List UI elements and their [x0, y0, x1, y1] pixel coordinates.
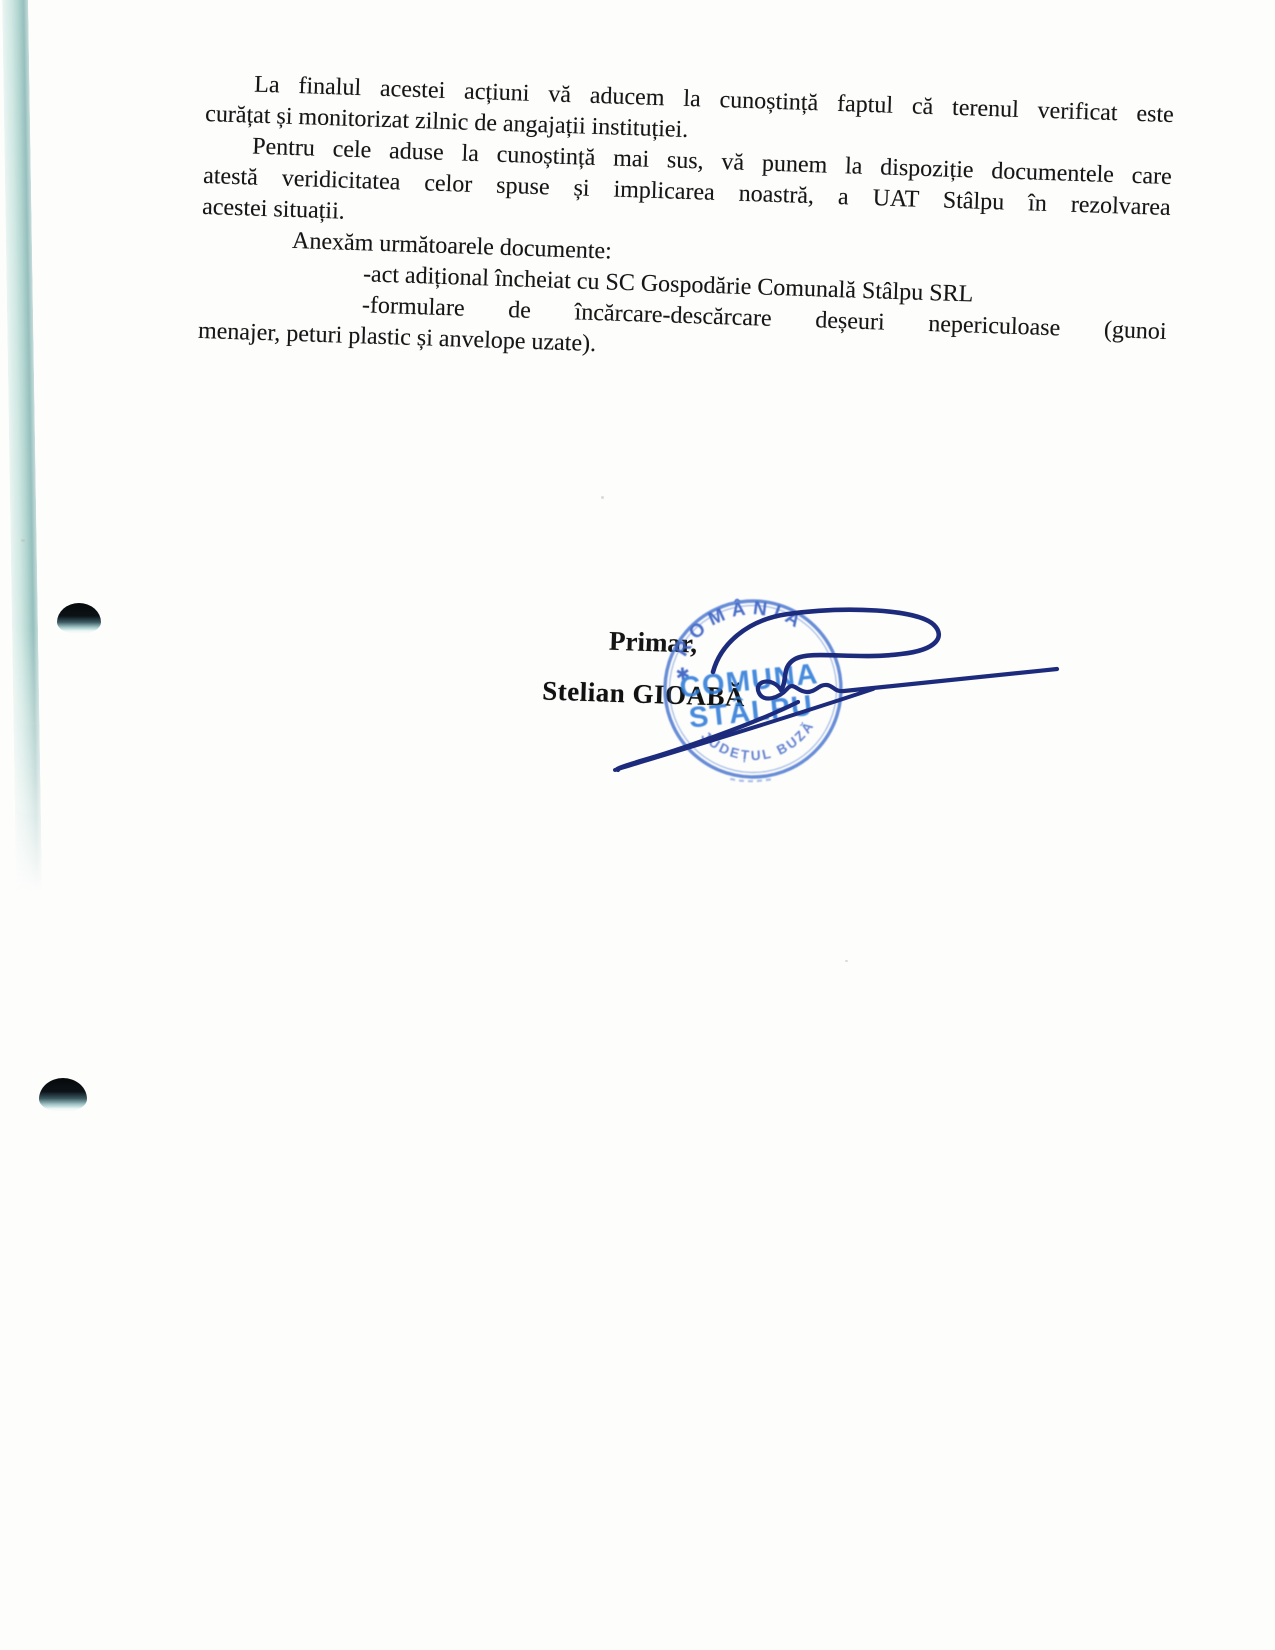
scanned-document-page: La finalul acestei acțiuni vă aducem la …	[0, 0, 1275, 1650]
official-stamp: ROMÂNIA ✱ COMUNA STÂLPU JUDEȚUL BUZĂU	[0, 0, 847, 834]
stamp-country-text: ROMÂNIA	[668, 593, 812, 661]
stamp-and-signature-layer: ROMÂNIA ✱ COMUNA STÂLPU JUDEȚUL BUZĂU	[0, 0, 1275, 1650]
